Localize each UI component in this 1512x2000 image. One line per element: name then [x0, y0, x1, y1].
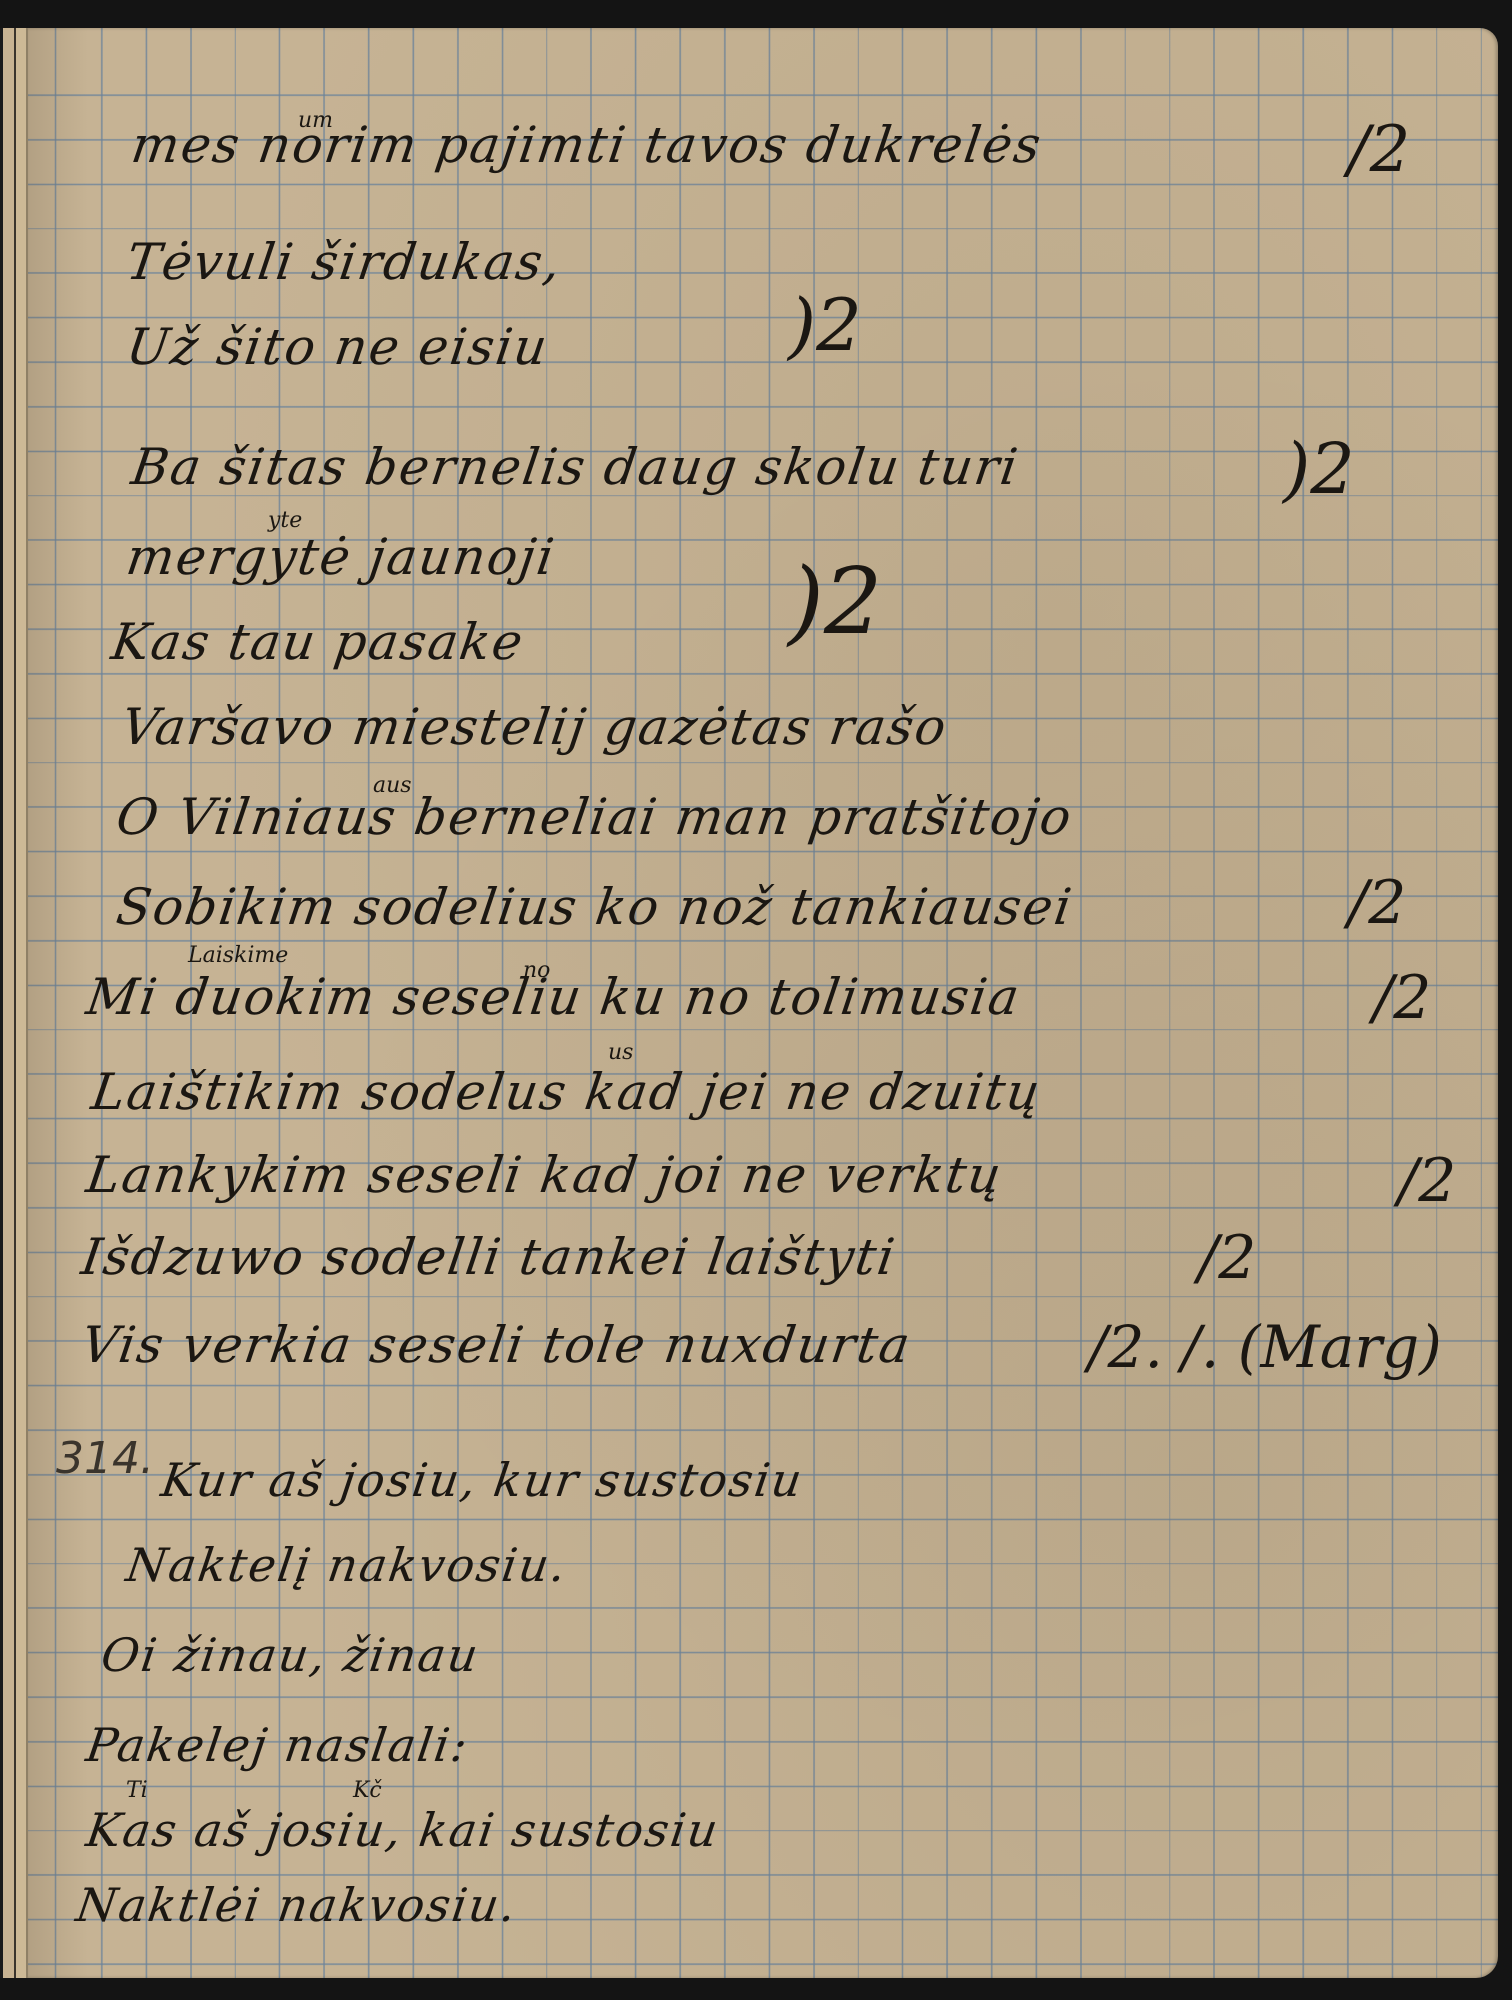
handwritten-line: Pakelej naslali:	[83, 1718, 473, 1772]
repeat-marker: /2	[1398, 1146, 1456, 1216]
notebook-page: mes norim pajimti tavos dukrelės um /2 T…	[28, 28, 1498, 1978]
handwritten-line: mergytė jaunoji	[123, 528, 559, 586]
handwritten-line: Kas aš josiu, kai sustosiu	[83, 1803, 723, 1857]
repeat-marker: /2	[1348, 868, 1406, 938]
interlinear-annotation: us	[608, 1040, 633, 1065]
handwritten-line: Už šito ne eisiu	[123, 318, 552, 376]
repeat-marker: /2. /. (Marg)	[1088, 1313, 1442, 1381]
handwritten-line: Naktelį nakvosiu.	[123, 1538, 571, 1592]
handwritten-line: Išdzuwo sodelli tankei laištyti	[78, 1228, 900, 1286]
repeat-marker: )2	[1283, 428, 1355, 510]
handwritten-line: Ba šitas bernelis daug skolu turi	[128, 438, 1023, 496]
interlinear-annotation: Kč	[353, 1778, 382, 1803]
repeat-marker: )2	[788, 283, 862, 367]
handwritten-line: Kas tau pasake	[108, 613, 528, 671]
handwritten-line: Kur aš josiu, kur sustosiu	[158, 1453, 807, 1507]
handwritten-line: Laištikim sodelus kad jei ne dzuitų	[88, 1063, 1045, 1121]
interlinear-annotation: no	[523, 958, 550, 983]
handwritten-line: Sobikim sodelius ko nož tankiausei	[113, 878, 1077, 936]
handwritten-line: Naktlėi nakvosiu.	[73, 1878, 521, 1932]
repeat-marker: /2	[1348, 113, 1410, 187]
interlinear-annotation: Laiskime	[188, 943, 288, 968]
handwritten-line: Oi žinau, žinau	[98, 1628, 483, 1682]
repeat-marker: )2	[788, 548, 882, 655]
interlinear-annotation: aus	[373, 773, 412, 798]
handwritten-line: Lankykim seseli kad joi ne verktų	[83, 1146, 1006, 1204]
interlinear-annotation: um	[298, 108, 333, 133]
repeat-marker: /2	[1198, 1223, 1256, 1293]
handwritten-line: Mi duokim seseliu ku no tolimusia	[83, 968, 1025, 1026]
handwritten-line: Tėvuli širdukas,	[123, 233, 566, 291]
interlinear-annotation: Ti	[126, 1778, 148, 1803]
handwritten-line: Varšavo miestelij gazėtas rašo	[118, 698, 951, 756]
handwritten-line: mes norim pajimti tavos dukrelės	[128, 116, 1046, 174]
handwritten-line: O Vilniaus berneliai man pratšitojo	[113, 788, 1077, 846]
notebook-binding	[0, 28, 28, 1978]
song-number: 314.	[56, 1433, 154, 1484]
interlinear-annotation: yte	[268, 508, 302, 533]
handwritten-line: Vis verkia seseli tole nuxdurta	[78, 1316, 915, 1374]
repeat-marker: /2	[1373, 963, 1431, 1033]
